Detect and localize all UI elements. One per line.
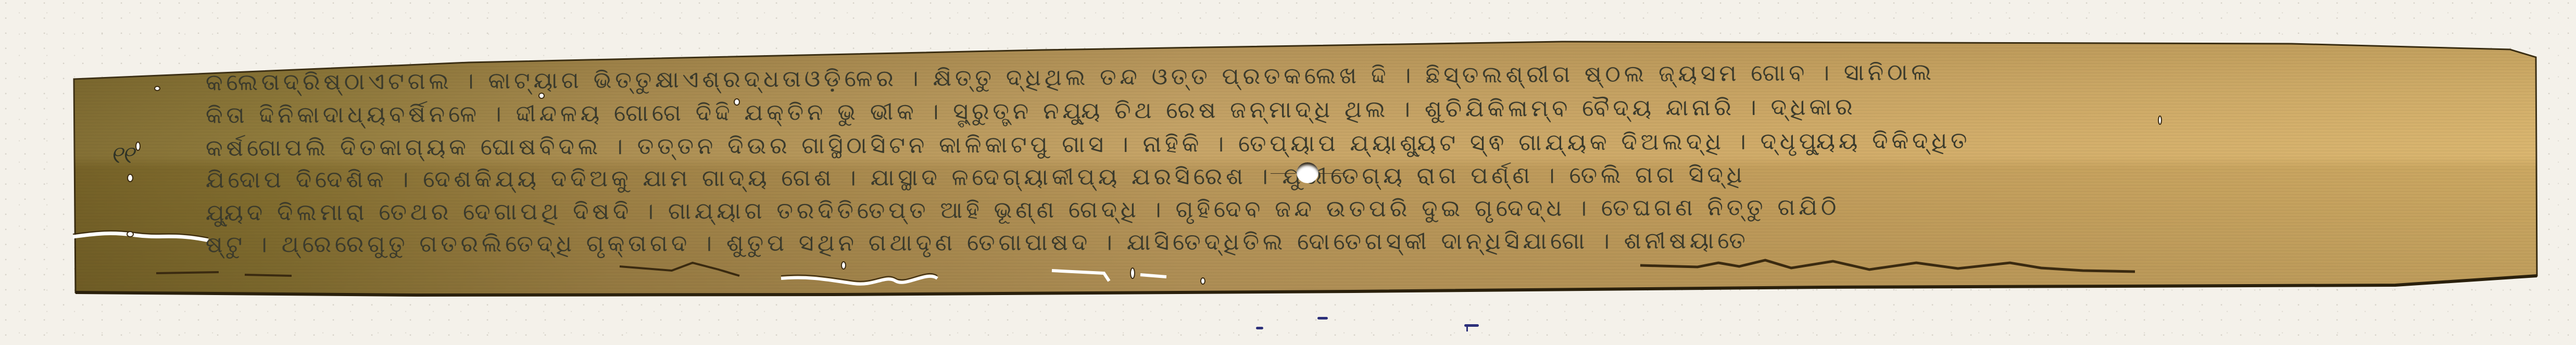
palm-leaf: ୧୧ କଲେତାଦ୍ରିଷ୍ଠାଏଟଗଲ । କାଟ୍ୟାଗ ଭିତ୍ତୁକ୍ଷ… [0,0,2576,345]
blue-ink-mark-2 [1317,317,1328,320]
blue-ink-mark-1 [1256,327,1263,329]
binding-hole [1297,162,1318,183]
hole-guide-line-right [1320,173,1346,174]
manuscript-text-block: କଲେତାଦ୍ରିଷ୍ଠାଏଟଗଲ । କାଟ୍ୟାଗ ଭିତ୍ତୁକ୍ଷାଏଶ… [206,61,2497,258]
blue-ink-mark-3-stem [1466,325,1468,331]
hole-guide-line-left [1271,173,1296,174]
manuscript-line-6: ଷ୍ଟୁ । ଥ୍ରେରେଗୁତୁ ଗତରଲିତେଦ୍ଧି ଗୃକ୍ତାଗଦ ।… [206,222,2497,261]
